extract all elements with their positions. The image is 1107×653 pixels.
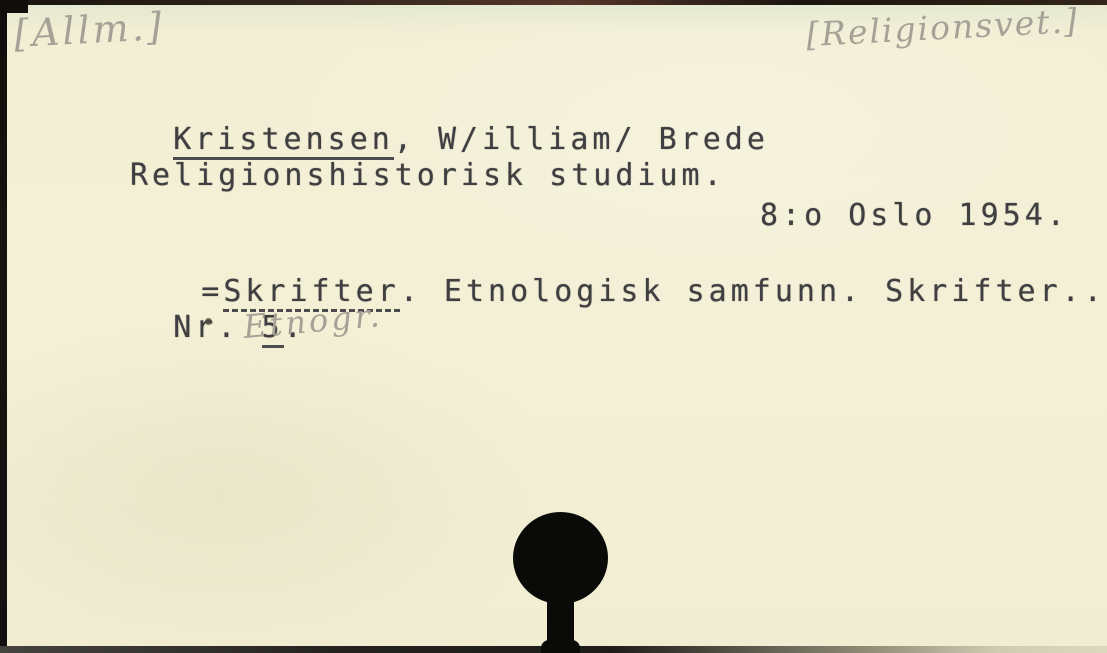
series-rest: . Etnologisk samfunn. Skrifter... — [400, 274, 1107, 309]
ink-speck — [205, 318, 212, 325]
author-rest: , W/illiam/ Brede — [394, 122, 769, 157]
classification-note-left: [Allm.] — [13, 4, 166, 56]
author-surname: Kristensen — [173, 122, 394, 160]
title-line: Religionshistorisk studium. — [130, 158, 726, 194]
catalog-card: [Allm.] [Religionsvet.] Kristensen, W/il… — [0, 0, 1107, 653]
scan-edge-top — [0, 0, 1107, 5]
scan-edge-left — [0, 0, 7, 653]
punch-slot-flare — [541, 640, 580, 653]
imprint-line: 8:o Oslo 1954. — [760, 198, 1069, 234]
